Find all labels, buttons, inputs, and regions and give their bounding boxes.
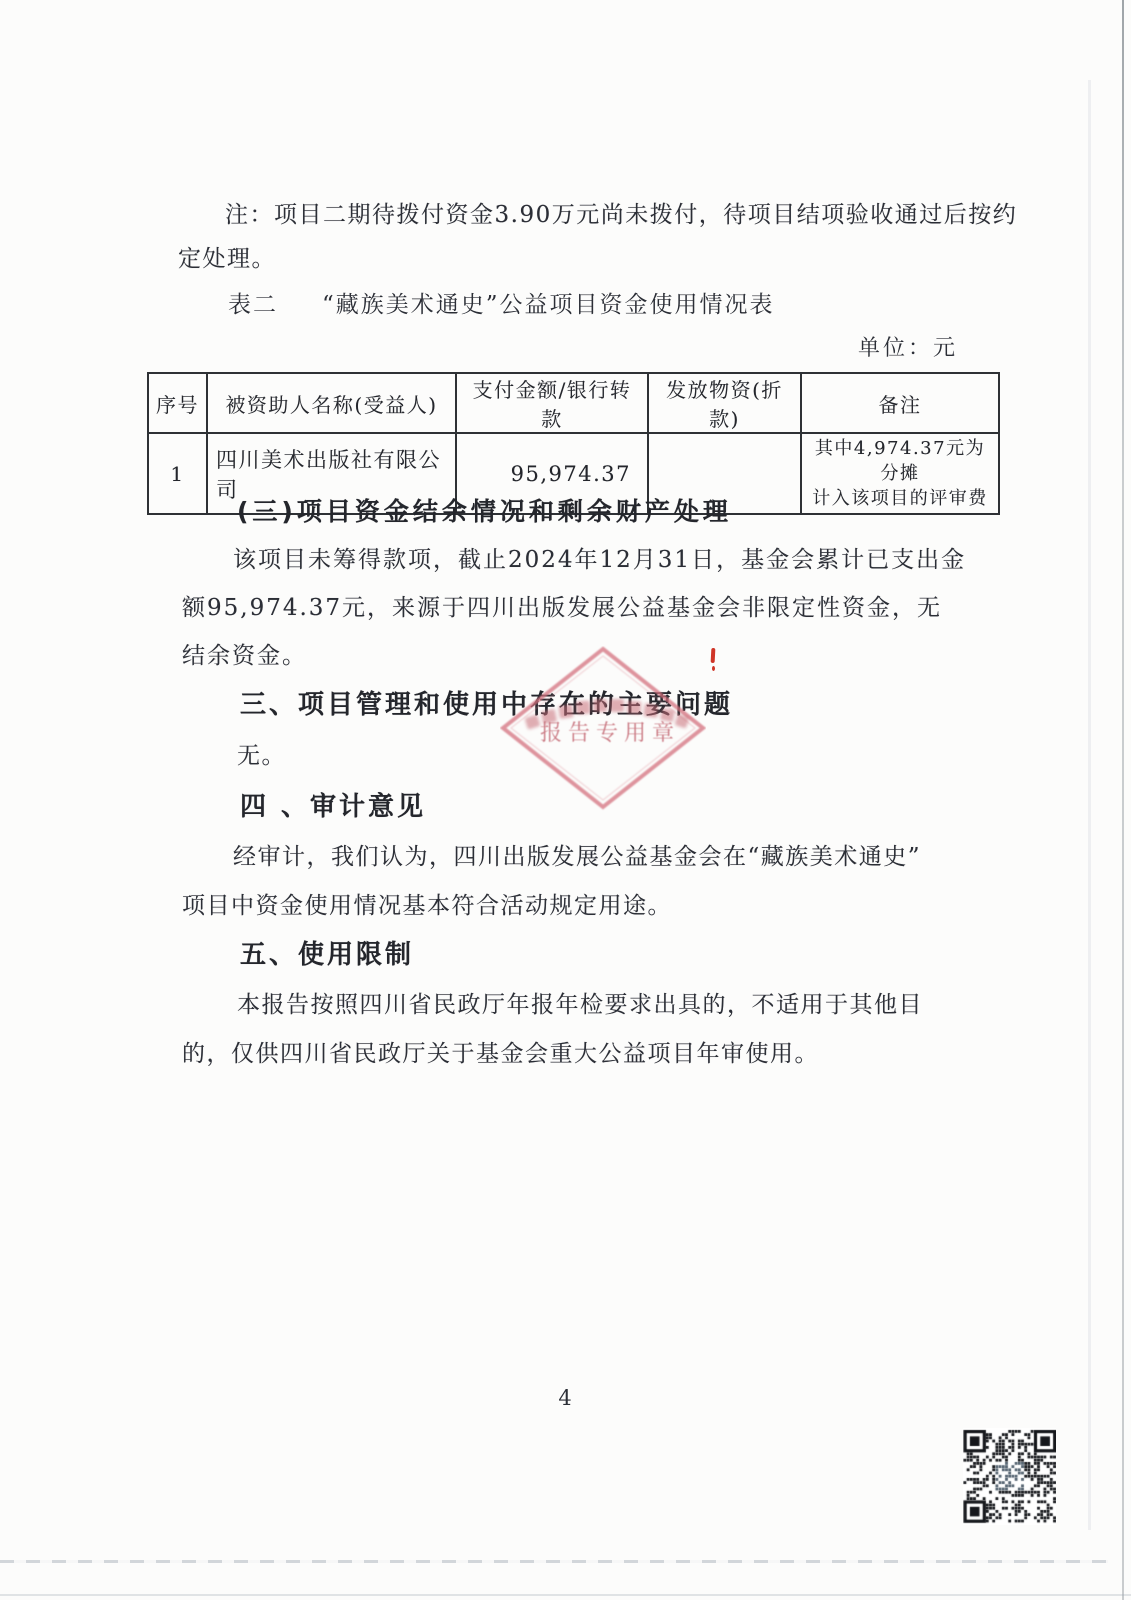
audit-line-2: 项目中资金使用情况基本符合活动规定用途。 bbox=[182, 887, 672, 920]
scan-streak-bottom-2 bbox=[0, 1594, 1131, 1596]
cell-seq: 1 bbox=[148, 433, 207, 514]
scan-streak-bottom-1 bbox=[0, 1560, 1108, 1563]
problems-body: 无。 bbox=[237, 737, 286, 770]
section-usage-heading: 五、使用限制 bbox=[240, 934, 414, 971]
section-audit-heading: 四 、审计意见 bbox=[240, 786, 426, 823]
table-caption-label: 表二 bbox=[228, 286, 278, 319]
table-header-row: 序号 被资助人名称(受益人) 支付金额/银行转款 发放物资(折款) 备注 bbox=[148, 373, 999, 433]
header-recipient: 被资助人名称(受益人) bbox=[207, 373, 456, 433]
balance-line-3: 结余资金。 bbox=[182, 637, 307, 670]
table-caption: 表二 “藏族美术通史”公益项目资金使用情况表 bbox=[228, 286, 775, 319]
audit-line-1: 经审计，我们认为，四川出版发展公益基金会在“藏族美术通史” bbox=[233, 838, 921, 871]
usage-line-2: 的，仅供四川省民政厅关于基金会重大公益项目年审使用。 bbox=[182, 1035, 819, 1068]
cell-remark-line-2: 计入该项目的评审费 bbox=[806, 486, 994, 511]
note-line-1: 注：项目二期待拨付资金3.90万元尚未拨付，待项目结项验收通过后按约 bbox=[225, 196, 1017, 229]
section-balance-heading: (三)项目资金结余情况和剩余财产处理 bbox=[237, 492, 732, 528]
header-remark: 备注 bbox=[801, 373, 999, 433]
header-goods: 发放物资(折款) bbox=[648, 373, 801, 433]
document-page: 注：项目二期待拨付资金3.90万元尚未拨付，待项目结项验收通过后按约 定处理。 … bbox=[0, 0, 1131, 1600]
red-pen-mark bbox=[711, 648, 716, 663]
balance-line-1: 该项目未筹得款项，截止2024年12月31日，基金会累计已支出金 bbox=[233, 541, 966, 574]
note-line-2: 定处理。 bbox=[178, 240, 276, 273]
qr-code bbox=[963, 1428, 1056, 1525]
table-caption-title: “藏族美术通史”公益项目资金使用情况表 bbox=[322, 286, 775, 319]
scan-edge-right-soft bbox=[1088, 80, 1091, 1530]
balance-line-2: 额95,974.37元，来源于四川出版发展公益基金会非限定性资金，无 bbox=[182, 589, 942, 622]
cell-remark: 其中4,974.37元为分摊 计入该项目的评审费 bbox=[801, 433, 999, 514]
red-pen-mark-dot bbox=[712, 666, 715, 671]
page-number: 4 bbox=[530, 1386, 600, 1410]
scan-edge-right bbox=[1122, 0, 1124, 1600]
stamp-label: 报告专用章 bbox=[540, 716, 670, 747]
header-amount: 支付金额/银行转款 bbox=[456, 373, 648, 433]
unit-label: 单位：元 bbox=[858, 331, 958, 362]
usage-line-1: 本报告按照四川省民政厅年报年检要求出具的，不适用于其他目 bbox=[237, 986, 923, 1019]
cell-remark-line-1: 其中4,974.37元为分摊 bbox=[806, 436, 994, 486]
header-seq: 序号 bbox=[148, 373, 207, 433]
